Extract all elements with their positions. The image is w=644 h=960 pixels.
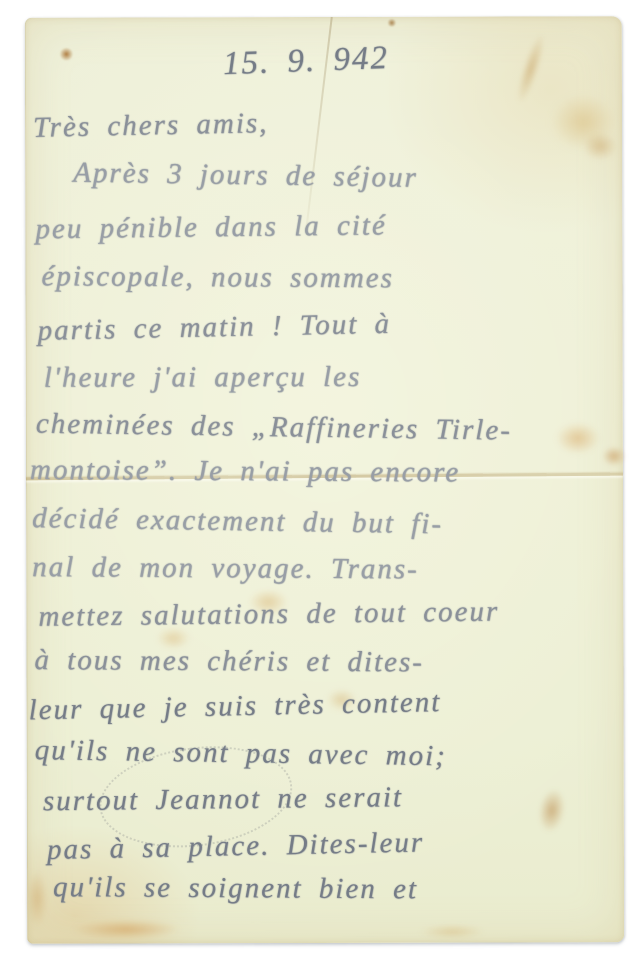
stain	[59, 48, 74, 61]
letter-line: montoise”. Je n'ai pas encore	[30, 454, 460, 490]
letter-paper: 15. 9. 942 Très chers amis, Après 3 jour…	[25, 16, 624, 944]
stain	[512, 31, 550, 106]
letter-line: Très chers amis,	[33, 107, 269, 145]
letter-line: surtout Jeannot ne serait	[43, 781, 404, 818]
letter-date: 15. 9. 942	[222, 40, 389, 83]
stain	[556, 422, 600, 454]
letter-line: à tous mes chéris et dites-	[34, 644, 424, 679]
letter-line: l'heure j'ai aperçu les	[44, 361, 362, 395]
letter-line: nal de mon voyage. Trans-	[32, 551, 419, 586]
letter-line: leur que je suis très content	[28, 686, 441, 727]
scanned-letter-page: 15. 9. 942 Très chers amis, Après 3 jour…	[0, 0, 644, 960]
stain	[583, 132, 617, 160]
letter-line: qu'ils ne sont pas avec moi;	[34, 734, 447, 773]
letter-line: décidé exactement du but fi-	[32, 502, 443, 541]
stain	[387, 19, 397, 27]
letter-line: qu'ils se soignent bien et	[53, 871, 418, 906]
stain	[71, 919, 181, 939]
stain	[27, 870, 47, 928]
letter-line: partis ce matin ! Tout à	[37, 308, 391, 348]
letter-line: pas à sa place. Dites-leur	[47, 826, 425, 867]
letter-line: épiscopale, nous sommes	[41, 260, 394, 295]
stain	[535, 787, 568, 835]
stain	[602, 446, 626, 466]
letter-line: peu pénible dans la cité	[35, 209, 387, 246]
stain	[419, 925, 485, 939]
letter-line: Après 3 jours de séjour	[73, 157, 418, 195]
letter-line: mettez salutations de tout coeur	[38, 596, 499, 634]
stain	[550, 94, 616, 150]
letter-line: cheminées des „Raffineries Tirle-	[36, 408, 512, 448]
